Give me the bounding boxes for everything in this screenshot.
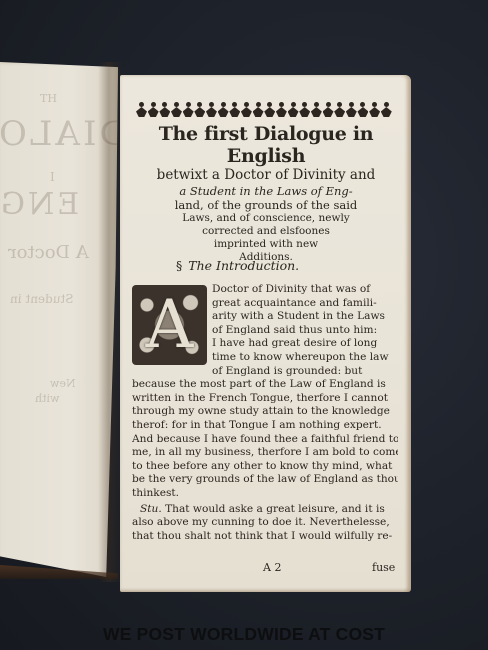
bleed-through-text: TH: [40, 92, 57, 105]
fleuron-icon: [218, 102, 229, 118]
fleuron-icon: [171, 102, 182, 118]
section-heading-text: The Introduction.: [188, 258, 299, 273]
text-line: that thou shalt not think that I would w…: [132, 530, 398, 544]
title-line: Laws, and of conscience, newly: [128, 212, 404, 225]
fleuron-icon: [381, 102, 392, 118]
fleuron-icon: [369, 102, 380, 118]
fleuron-icon: [229, 102, 240, 118]
section-sign-icon: §: [176, 258, 182, 273]
fleuron-icon: [183, 102, 194, 118]
bleed-through-text: I: [50, 170, 55, 184]
page-title: The first Dialogue in English betwixt a …: [128, 123, 404, 264]
fleuron-icon: [241, 102, 252, 118]
shipping-caption: WE POST WORLDWIDE AT COST: [0, 624, 488, 645]
fleuron-icon: [136, 102, 147, 118]
text-line: be the very grounds of the law of Englan…: [132, 473, 398, 487]
text-line: thinkest.: [132, 487, 398, 501]
title-line: a Student in the Laws of Eng-: [128, 184, 404, 198]
body-text: Doctor of Divinity that was of great acq…: [132, 283, 398, 543]
text-line: me, in all my business, therfore I am bo…: [132, 446, 398, 460]
fleuron-icon: [276, 102, 287, 118]
title-line: imprinted with new: [128, 238, 404, 251]
text-line: therof: for in that Tongue I am nothing …: [132, 419, 398, 433]
text-line: great acquaintance and famili-: [132, 297, 398, 311]
text-line: written in the French Tongue, therfore I…: [132, 392, 398, 406]
title-line: The first Dialogue in English: [128, 123, 404, 167]
fleuron-icon: [206, 102, 217, 118]
text-line: of England said thus unto him:: [132, 324, 398, 338]
text-line: of England is grounded: but: [132, 365, 398, 379]
right-page: The first Dialogue in English betwixt a …: [120, 75, 411, 592]
text-line: through my owne study attain to the know…: [132, 405, 398, 419]
ornament-border: [136, 101, 392, 119]
fleuron-icon: [264, 102, 275, 118]
bleed-through-text: New: [50, 377, 76, 390]
fleuron-icon: [357, 102, 368, 118]
text-line: also above my cunning to doe it. Neverth…: [132, 516, 398, 530]
text-line: Doctor of Divinity that was of: [132, 283, 398, 297]
text-line: And because I have found thee a faithful…: [132, 433, 398, 447]
fleuron-icon: [346, 102, 357, 118]
fleuron-icon: [323, 102, 334, 118]
text-line: arity with a Student in the Laws: [132, 310, 398, 324]
fleuron-icon: [194, 102, 205, 118]
reply-line: Stu. That would aske a great leisure, an…: [132, 503, 398, 517]
fleuron-icon: [148, 102, 159, 118]
text-line: time to know whereupon the law: [132, 351, 398, 365]
text-line: I have had great desire of long: [132, 337, 398, 351]
catchword: fuse: [372, 561, 395, 574]
section-heading: §The Introduction.: [176, 258, 299, 273]
title-line: corrected and elsfoones: [128, 225, 404, 238]
bleed-through-text: Student in: [10, 292, 74, 306]
speaker-label: Stu.: [140, 503, 162, 515]
title-line: betwixt a Doctor of Divinity and: [128, 167, 404, 184]
bleed-through-text: with: [35, 392, 59, 405]
signature-mark: A 2: [263, 561, 281, 574]
fleuron-icon: [299, 102, 310, 118]
bleed-through-text: A Doctor: [8, 242, 89, 263]
bleed-through-text: ENG: [0, 187, 79, 222]
reply-text: That would aske a great leisure, and it …: [165, 503, 385, 515]
fleuron-icon: [253, 102, 264, 118]
fleuron-icon: [311, 102, 322, 118]
book-gutter: [98, 62, 122, 582]
fleuron-icon: [334, 102, 345, 118]
text-line: to thee before any other to know thy min…: [132, 460, 398, 474]
text-line: because the most part of the Law of Engl…: [132, 378, 398, 392]
title-line: land, of the grounds of the said: [128, 198, 404, 212]
fleuron-icon: [288, 102, 299, 118]
fleuron-icon: [159, 102, 170, 118]
